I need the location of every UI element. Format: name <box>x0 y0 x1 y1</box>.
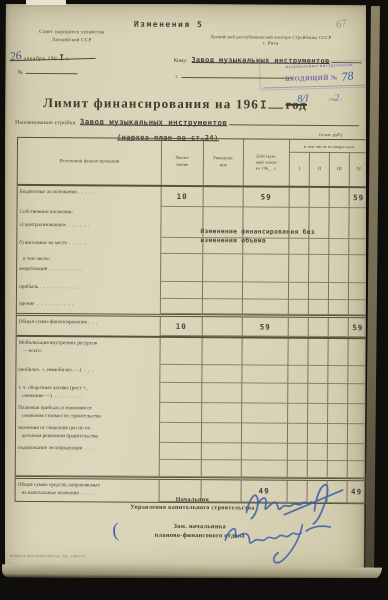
cell-value <box>243 207 289 220</box>
recipient-block: Латвийской республиканской конторе Строй… <box>172 33 370 50</box>
table-row: т. ч. оборотные активы (рост +, снижение… <box>16 382 366 404</box>
date-year-typed: I <box>59 53 64 62</box>
cell-value <box>310 188 330 208</box>
cell-label: подорожание лесопродукции . . . <box>16 442 160 460</box>
cell-label: прочие . . . . . . . . . . <box>17 298 161 314</box>
cell-value <box>160 460 202 477</box>
cell-value <box>242 423 288 443</box>
cell-value <box>329 208 349 221</box>
cell-value <box>289 300 309 315</box>
cell-value <box>308 444 328 461</box>
title-year-word-struck: год <box>286 97 307 113</box>
cell-value <box>288 461 308 478</box>
scan-edge-bottom <box>0 578 388 600</box>
cell-value <box>161 254 203 264</box>
cell-label: Собственные вложения: <box>17 206 161 220</box>
cell-value <box>308 339 328 366</box>
paper-sheet: Изменения 5 67 Совет народного хозяйства… <box>2 3 368 576</box>
cell-value <box>288 339 308 366</box>
cell-value <box>288 366 308 384</box>
project-label: Наименование стройки <box>15 120 76 126</box>
cell-value <box>160 423 202 443</box>
cell-value <box>308 366 328 384</box>
cell-value <box>202 460 242 477</box>
sender-number-line: № <box>17 68 77 76</box>
cell-value <box>202 443 242 460</box>
cell-value <box>308 424 328 444</box>
cell-value <box>203 254 243 264</box>
cell-value <box>308 404 328 424</box>
cell-value <box>202 423 242 443</box>
cell-value <box>328 339 348 366</box>
title-year-fill: I <box>260 99 267 112</box>
number-blank-line <box>26 68 78 74</box>
cell-value <box>202 383 242 403</box>
header-q2: II <box>310 153 330 186</box>
table-row <box>16 459 366 478</box>
cell-label: Мобилизация внутренних ресурсов — всего: <box>16 337 160 365</box>
cell-value <box>289 265 309 283</box>
cell-value <box>309 300 329 315</box>
change-note: Изменения 5 <box>134 20 204 29</box>
number-label: № <box>17 70 22 76</box>
table-row: прочие . . . . . . . . . . <box>17 298 367 315</box>
stamp-incoming-label: ВХОДЯЩИЙ № <box>285 74 338 82</box>
cell-value <box>161 220 203 238</box>
cell-value <box>309 208 329 221</box>
cell-value <box>161 282 203 299</box>
cell-value <box>349 208 367 221</box>
cell-value <box>161 238 203 254</box>
table-row: Общая сумма финансирования . . .105959 <box>17 313 367 337</box>
cell-value <box>161 264 203 282</box>
cell-value <box>289 318 309 337</box>
cell-value <box>203 299 243 314</box>
cell-value <box>289 283 309 300</box>
cell-value <box>329 265 349 283</box>
cell-value <box>160 403 202 423</box>
cell-value <box>309 265 329 283</box>
cell-value <box>242 443 288 460</box>
sender-org: Совет народного хозяйства Латвийской ССР <box>14 29 130 45</box>
cell-value <box>348 366 366 384</box>
cell-value: 59 <box>244 187 290 207</box>
stamp-date-year-handwritten: 2 <box>335 92 340 102</box>
cell-label: (мобилиз. +, иммобилиз. —) . . . <box>16 364 160 383</box>
signature-2-handwriting <box>220 516 338 567</box>
cell-value <box>349 300 367 315</box>
cell-value <box>202 365 242 383</box>
cell-value <box>348 424 366 444</box>
cell-value <box>243 264 289 282</box>
cell-value <box>328 384 348 404</box>
cell-value <box>349 283 367 300</box>
scan-edge-left <box>0 0 5 600</box>
title-text: Лимит финансирования на 196 <box>43 95 259 113</box>
cell-label: амортизация . . . . . . . . . <box>17 263 161 282</box>
cell-value <box>203 207 243 220</box>
cell-value: 10 <box>162 187 204 207</box>
cell-label: т. ч. оборотные активы (рост +, снижение… <box>16 382 160 403</box>
table-row: экономия от снижения цен по от- дельным … <box>16 422 366 444</box>
cell-value <box>309 255 329 265</box>
financing-table: Источники финансирования Увели- чение Ум… <box>15 137 370 504</box>
incoming-stamp: музыкальных инструментов ВХОДЯЩИЙ № 78 <box>259 59 380 90</box>
cell-value <box>349 265 367 283</box>
stamp-incoming-line: ВХОДЯЩИЙ № 78 <box>262 66 376 88</box>
cell-value: 59 <box>349 318 367 337</box>
document-title: Лимит финансирования на 196 I год <box>43 95 307 113</box>
cell-value <box>203 264 243 282</box>
cell-value <box>348 404 366 424</box>
cell-value <box>242 460 288 477</box>
cell-value <box>243 282 289 299</box>
cell-value: 10 <box>161 317 203 336</box>
cell-value <box>203 317 243 336</box>
cell-value <box>160 443 202 460</box>
cell-label: прибыль . . . . . . . . . . . <box>17 281 161 299</box>
cell-value <box>289 255 309 265</box>
cell-value <box>328 404 348 424</box>
printer-imprint: фабрика печатной отметки Зак. 1964-62 <box>10 554 86 559</box>
table-row: (мобилиз. +, иммобилиз. —) . . . <box>16 364 366 384</box>
cell-value <box>243 254 289 264</box>
addressee-label: Кому: <box>174 58 188 64</box>
cell-value <box>290 188 310 208</box>
header-sources: Источники финансирования <box>18 138 162 185</box>
cell-value <box>288 444 308 461</box>
table-row: Мобилизация внутренних ресурсов — всего: <box>16 335 366 366</box>
header-increase: Увели- чение <box>162 139 204 185</box>
project-rule-line <box>229 118 359 126</box>
header-decrease: Уменьше- ние <box>204 139 244 185</box>
stamp-incoming-number: 78 <box>341 68 355 84</box>
cell-value <box>160 338 202 365</box>
cell-value <box>329 300 349 315</box>
header-q1: I <box>290 153 310 186</box>
cell-label: экономия от снижения цен по от- дельным … <box>16 422 160 443</box>
cell-value <box>161 299 203 314</box>
cell-value <box>348 384 366 404</box>
cell-value <box>288 384 308 404</box>
city-label: г. <box>175 75 178 80</box>
cell-label: Плановая прибыль и экономия от снижения … <box>16 402 160 423</box>
cell-value <box>330 188 350 208</box>
cell-value <box>203 282 243 299</box>
title-rule-dash <box>269 98 284 109</box>
cell-value <box>329 255 349 265</box>
cell-value <box>309 283 329 300</box>
stamp-date-suffix: г. <box>340 96 342 101</box>
cell-value <box>242 383 288 403</box>
cell-value <box>329 283 349 300</box>
cell-value <box>328 444 348 461</box>
scanned-document-page: Изменения 5 67 Совет народного хозяйства… <box>0 0 388 600</box>
cell-value <box>348 339 366 366</box>
cell-value <box>309 318 329 337</box>
cell-value <box>160 383 202 403</box>
cell-value: 49 <box>348 481 366 503</box>
header-quarters-group: в том числе по кварталам I II III IV <box>290 140 368 187</box>
cell-value <box>202 338 242 365</box>
cell-value <box>242 403 288 423</box>
scan-paper-sliver-top <box>26 0 66 5</box>
cell-value <box>349 255 367 265</box>
sender-org-line2: Латвийской ССР <box>14 36 130 44</box>
units-note: (в тыс. руб.) <box>319 132 342 137</box>
table-header: Источники финансирования Увели- чение Ум… <box>18 138 368 188</box>
header-quarters-cols: I II III IV <box>290 153 368 187</box>
cell-value <box>288 404 308 424</box>
cell-value <box>204 187 244 207</box>
cell-label: а) централизованные . . . . . . <box>17 219 161 238</box>
cell-value <box>308 461 328 478</box>
cell-value <box>242 365 288 383</box>
cell-value <box>161 207 203 220</box>
cell-label: б) вносимые на месте . . . . . <box>17 237 161 254</box>
cell-value <box>348 444 366 461</box>
cell-value <box>329 318 349 337</box>
cell-value <box>308 384 328 404</box>
cell-value <box>242 338 288 365</box>
handwritten-day: 26 <box>9 48 23 64</box>
cell-label: Бюджетные ассигнования . . . . . <box>18 186 162 207</box>
cell-value: 59 <box>243 317 289 336</box>
header-quarters-label: в том числе по кварталам <box>290 140 368 154</box>
cell-value <box>288 424 308 444</box>
recipient-line2: г. Рига <box>172 40 370 49</box>
typed-overlay-note: Изменение финансирования без изменения о… <box>200 228 370 246</box>
cell-value <box>328 424 348 444</box>
cell-value <box>348 461 366 478</box>
table-row: Бюджетные ассигнования . . . . .105959 <box>18 186 368 208</box>
cell-value <box>160 365 202 383</box>
cell-label: Общая сумма финансирования . . . <box>17 316 161 336</box>
cell-value <box>243 299 289 314</box>
table-row: Плановая прибыль и экономия от снижения … <box>16 402 366 424</box>
sender-date-line: 26 декабря 196 I г. <box>10 49 71 64</box>
cell-value <box>289 208 309 221</box>
cell-label <box>16 459 160 477</box>
cell-value: 59 <box>350 188 368 208</box>
cell-value <box>202 403 242 423</box>
cell-value <box>328 366 348 384</box>
pencil-corner-note: 67 <box>335 17 348 31</box>
header-current-limit: Действую- щий лимит на 196__ г. <box>244 139 290 185</box>
header-q3: III <box>330 153 350 186</box>
cell-value <box>328 461 348 478</box>
